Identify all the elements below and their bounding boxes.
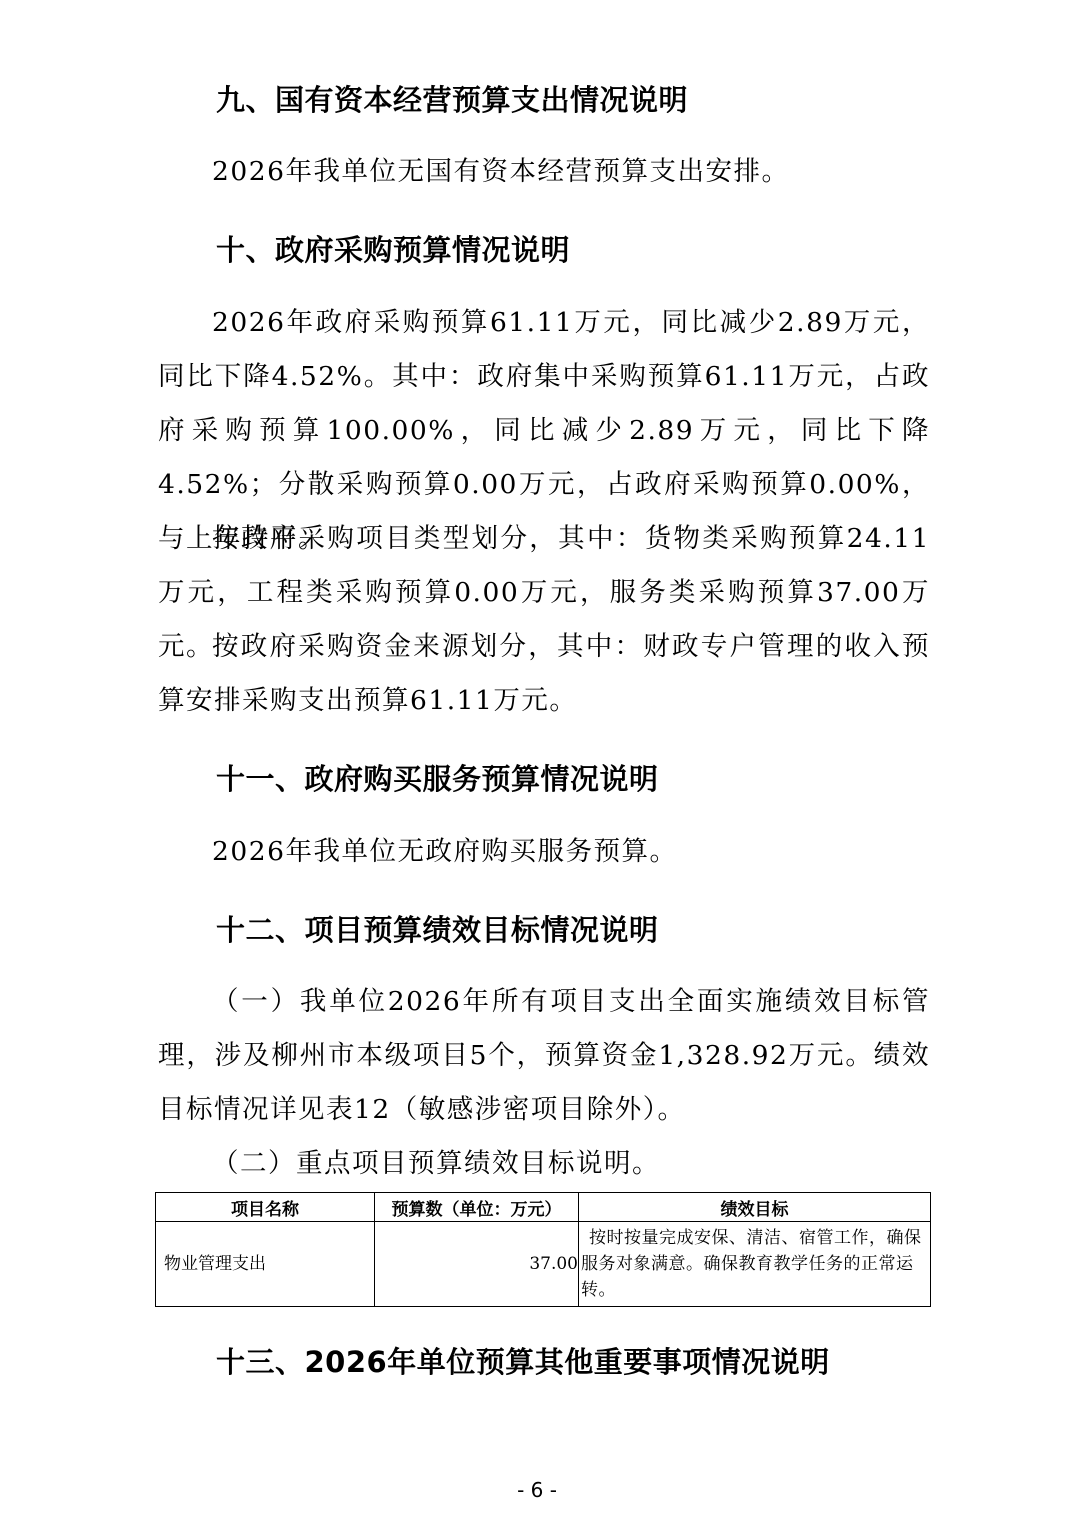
cell-performance-goal: 按时按量完成安保、清洁、宿管工作，确保服务对象满意。确保教育教学任务的正常运转。 xyxy=(579,1222,931,1307)
section-12-heading: 十二、项目预算绩效目标情况说明 xyxy=(216,908,659,949)
table-header-row: 项目名称 预算数（单位：万元） 绩效目标 xyxy=(156,1193,931,1222)
column-header-budget: 预算数（单位：万元） xyxy=(375,1193,579,1222)
section-13-heading: 十三、2026年单位预算其他重要事项情况说明 xyxy=(216,1340,830,1381)
section-11-heading: 十一、政府购买服务预算情况说明 xyxy=(216,757,659,798)
section-12-paragraph-1: （一）我单位2026年所有项目支出全面实施绩效目标管理，涉及柳州市本级项目5个，… xyxy=(158,975,930,1137)
column-header-performance-goal: 绩效目标 xyxy=(579,1193,931,1222)
section-10-paragraph-3: 按政府采购资金来源划分，其中：财政专户管理的收入预算安排采购支出预算61.11万… xyxy=(158,620,930,728)
section-10-heading: 十、政府采购预算情况说明 xyxy=(216,228,570,269)
section-9-heading: 九、国有资本经营预算支出情况说明 xyxy=(216,78,688,119)
table-row: 物业管理支出 37.00 按时按量完成安保、清洁、宿管工作，确保服务对象满意。确… xyxy=(156,1222,931,1307)
section-11-paragraph: 2026年我单位无政府购买服务预算。 xyxy=(158,825,930,879)
performance-goals-table: 项目名称 预算数（单位：万元） 绩效目标 物业管理支出 37.00 按时按量完成… xyxy=(155,1192,931,1307)
section-9-paragraph: 2026年我单位无国有资本经营预算支出安排。 xyxy=(158,145,930,199)
page-number: - 6 - xyxy=(0,1478,1074,1502)
cell-budget-amount: 37.00 xyxy=(375,1222,579,1307)
section-12-paragraph-2: （二）重点项目预算绩效目标说明。 xyxy=(158,1137,930,1191)
cell-project-name: 物业管理支出 xyxy=(156,1222,375,1307)
column-header-project-name: 项目名称 xyxy=(156,1193,375,1222)
